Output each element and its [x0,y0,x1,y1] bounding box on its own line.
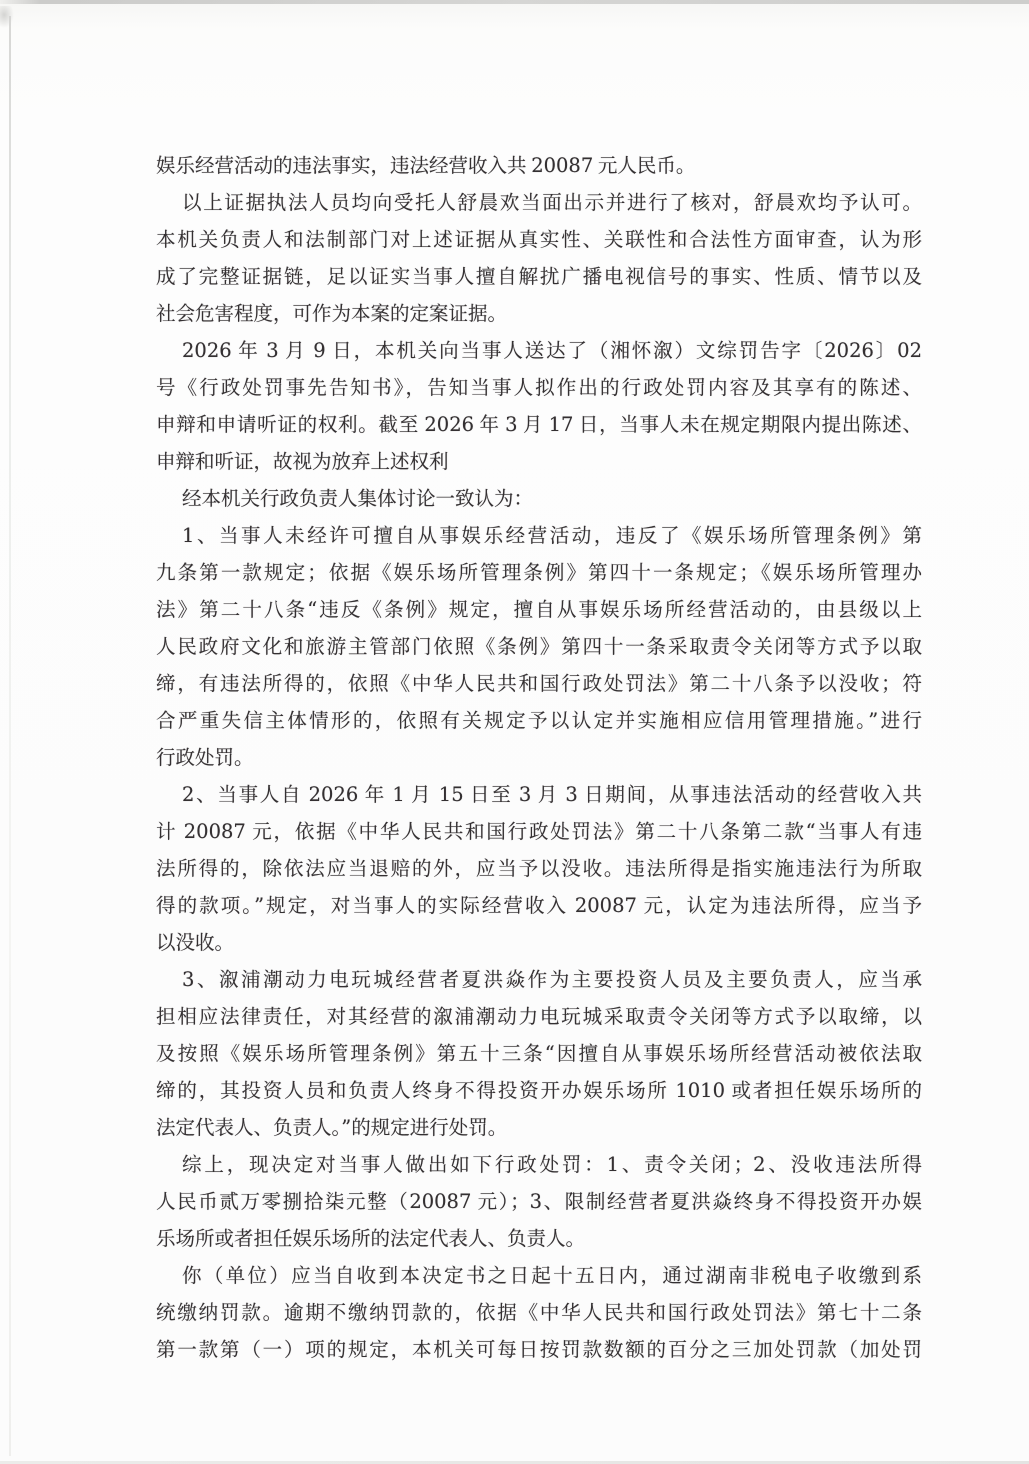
text-line: 担相应法律责任，对其经营的溆浦潮动力电玩城采取责令关闭等方式予以取缔，以 [156,998,922,1035]
text-line: 申辩和听证，故视为放弃上述权利 [156,443,922,480]
paragraph: 娱乐经营活动的违法事实，违法经营收入共 20087 元人民币。 [156,147,922,184]
photo-top-edge [0,0,1029,4]
text-line: 以没收。 [156,924,922,961]
text-line: 成了完整证据链，足以证实当事人擅自解扰广播电视信号的事实、性质、情节以及 [156,258,922,295]
paragraph: 综上，现决定对当事人做出如下行政处罚：1、责令关闭；2、没收违法所得人民币贰万零… [156,1146,922,1257]
text-line: 综上，现决定对当事人做出如下行政处罚：1、责令关闭；2、没收违法所得 [156,1146,922,1183]
text-line: 申辩和申请听证的权利。截至 2026 年 3 月 17 日，当事人未在规定期限内… [156,406,922,443]
text-line: 号《行政处罚事先告知书》，告知当事人拟作出的行政处罚内容及其享有的陈述、 [156,369,922,406]
text-line: 缔，有违法所得的，依照《中华人民共和国行政处罚法》第二十八条予以没收；符 [156,665,922,702]
text-line: 九条第一款规定；依据《娱乐场所管理条例》第四十一条规定；《娱乐场所管理办 [156,554,922,591]
text-line: 计 20087 元，依据《中华人民共和国行政处罚法》第二十八条第二款“当事人有违 [156,813,922,850]
text-line: 2026 年 3 月 9 日，本机关向当事人送达了（湘怀溆）文综罚告字〔2026… [156,332,922,369]
text-line: 人民政府文化和旅游主管部门依照《条例》第四十一条采取责令关闭等方式予以取 [156,628,922,665]
text-line: 及按照《娱乐场所管理条例》第五十三条“因擅自从事娱乐场所经营活动被依法取 [156,1035,922,1072]
text-line: 行政处罚。 [156,739,922,776]
paragraph: 2、当事人自 2026 年 1 月 15 日至 3 月 3 日期间，从事违法活动… [156,776,922,961]
text-line: 社会危害程度，可作为本案的定案证据。 [156,295,922,332]
document-text-block: 娱乐经营活动的违法事实，违法经营收入共 20087 元人民币。以上证据执法人员均… [156,147,922,1368]
text-line: 2、当事人自 2026 年 1 月 15 日至 3 月 3 日期间，从事违法活动… [156,776,922,813]
paragraph: 3、溆浦潮动力电玩城经营者夏洪焱作为主要投资人员及主要负责人，应当承担相应法律责… [156,961,922,1146]
text-line: 合严重失信主体情形的，依照有关规定予以认定并实施相应信用管理措施。”进行 [156,702,922,739]
paragraph: 以上证据执法人员均向受托人舒晨欢当面出示并进行了核对，舒晨欢均予认可。本机关负责… [156,184,922,332]
text-line: 统缴纳罚款。逾期不缴纳罚款的，依据《中华人民共和国行政处罚法》第七十二条 [156,1294,922,1331]
paragraph: 经本机关行政负责人集体讨论一致认为： [156,480,922,517]
scanned-document-photo: 娱乐经营活动的违法事实，违法经营收入共 20087 元人民币。以上证据执法人员均… [0,0,1029,1464]
text-line: 法》第二十八条“违反《条例》规定，擅自从事娱乐场所经营活动的，由县级以上 [156,591,922,628]
paragraph: 你（单位）应当自收到本决定书之日起十五日内，通过湖南非税电子收缴到系统缴纳罚款。… [156,1257,922,1368]
text-line: 3、溆浦潮动力电玩城经营者夏洪焱作为主要投资人员及主要负责人，应当承 [156,961,922,998]
text-line: 人民币贰万零捌拾柒元整（20087 元）；3、限制经营者夏洪焱终身不得投资开办娱 [156,1183,922,1220]
text-line: 你（单位）应当自收到本决定书之日起十五日内，通过湖南非税电子收缴到系 [156,1257,922,1294]
text-line: 1、当事人未经许可擅自从事娱乐经营活动，违反了《娱乐场所管理条例》第 [156,517,922,554]
paragraph: 2026 年 3 月 9 日，本机关向当事人送达了（湘怀溆）文综罚告字〔2026… [156,332,922,480]
text-line: 娱乐经营活动的违法事实，违法经营收入共 20087 元人民币。 [156,147,922,184]
text-line: 法定代表人、负责人。”的规定进行处罚。 [156,1109,922,1146]
photo-corner-smudge [0,6,14,28]
text-line: 得的款项。”规定，对当事人的实际经营收入 20087 元，认定为违法所得，应当予 [156,887,922,924]
text-line: 经本机关行政负责人集体讨论一致认为： [156,480,922,517]
photo-left-edge [9,16,11,1456]
text-line: 法所得的，除依法应当退赔的外，应当予以没收。违法所得是指实施违法行为所取 [156,850,922,887]
paragraph: 1、当事人未经许可擅自从事娱乐经营活动，违反了《娱乐场所管理条例》第九条第一款规… [156,517,922,776]
text-line: 缔的，其投资人员和负责人终身不得投资开办娱乐场所 1010 或者担任娱乐场所的 [156,1072,922,1109]
text-line: 第一款第（一）项的规定，本机关可每日按罚款数额的百分之三加处罚款（加处罚 [156,1331,922,1368]
text-line: 以上证据执法人员均向受托人舒晨欢当面出示并进行了核对，舒晨欢均予认可。 [156,184,922,221]
text-line: 乐场所或者担任娱乐场所的法定代表人、负责人。 [156,1220,922,1257]
text-line: 本机关负责人和法制部门对上述证据从真实性、关联性和合法性方面审查，认为形 [156,221,922,258]
